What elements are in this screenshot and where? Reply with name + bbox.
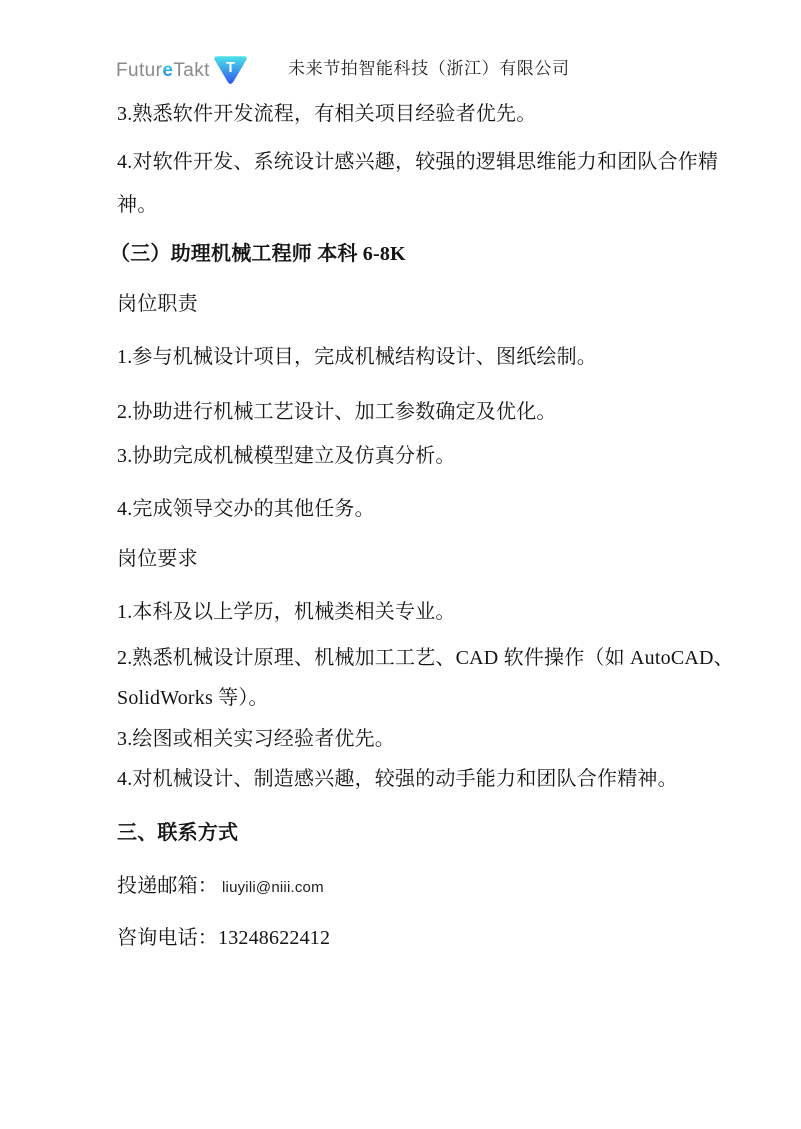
phone-value: 13248622412	[218, 927, 330, 949]
company-logo: FutureTakt T	[116, 50, 249, 92]
position-heading: （三）助理机械工程师 本科 6-8K	[110, 242, 406, 266]
list-item-soft-req3: 3.熟悉软件开发流程，有相关项目经验者优先。	[117, 102, 536, 126]
email-label: 投递邮箱：	[117, 875, 222, 897]
logo-wordmark: FutureTakt	[116, 60, 210, 82]
contact-email-line: 投递邮箱：liuyili@niii.com	[117, 874, 324, 900]
requirements-heading: 岗位要求	[117, 547, 198, 571]
document-page: FutureTakt T 未来节拍智能科技（浙江）有限公司 3.熟悉软件开发流程…	[0, 0, 801, 1129]
duty-item-2: 2.协助进行机械工艺设计、加工参数确定及优化。	[117, 400, 557, 424]
duty-item-4: 4.完成领导交办的其他任务。	[117, 497, 375, 521]
logo-triangle-letter: T	[226, 60, 235, 76]
list-item-soft-req4-line1: 4.对软件开发、系统设计感兴趣，较强的逻辑思维能力和团队合作精	[117, 150, 718, 174]
contact-heading: 三、联系方式	[117, 821, 238, 845]
logo-accent-e: e	[162, 60, 173, 81]
contact-phone-line: 咨询电话：13248622412	[117, 926, 330, 950]
logo-text-takt: Takt	[173, 60, 209, 81]
email-value: liuyili@niii.com	[222, 879, 324, 896]
requirement-item-3: 3.绘图或相关实习经验者优先。	[117, 727, 395, 751]
company-name: 未来节拍智能科技（浙江）有限公司	[288, 54, 570, 79]
logo-triangle-icon: T	[212, 53, 249, 88]
logo-text-futur: Futur	[116, 60, 162, 81]
requirement-item-2-line2: SolidWorks 等）。	[117, 686, 269, 710]
list-item-soft-req4-line2: 神。	[117, 193, 157, 217]
duty-item-3: 3.协助完成机械模型建立及仿真分析。	[117, 444, 456, 468]
duties-heading: 岗位职责	[117, 292, 198, 316]
requirement-item-2-line1: 2.熟悉机械设计原理、机械加工工艺、CAD 软件操作（如 AutoCAD、	[117, 646, 734, 670]
duty-item-1: 1.参与机械设计项目，完成机械结构设计、图纸绘制。	[117, 345, 597, 369]
requirement-item-4: 4.对机械设计、制造感兴趣，较强的动手能力和团队合作精神。	[117, 767, 678, 791]
phone-label: 咨询电话：	[117, 927, 218, 949]
requirement-item-1: 1.本科及以上学历，机械类相关专业。	[117, 600, 456, 624]
